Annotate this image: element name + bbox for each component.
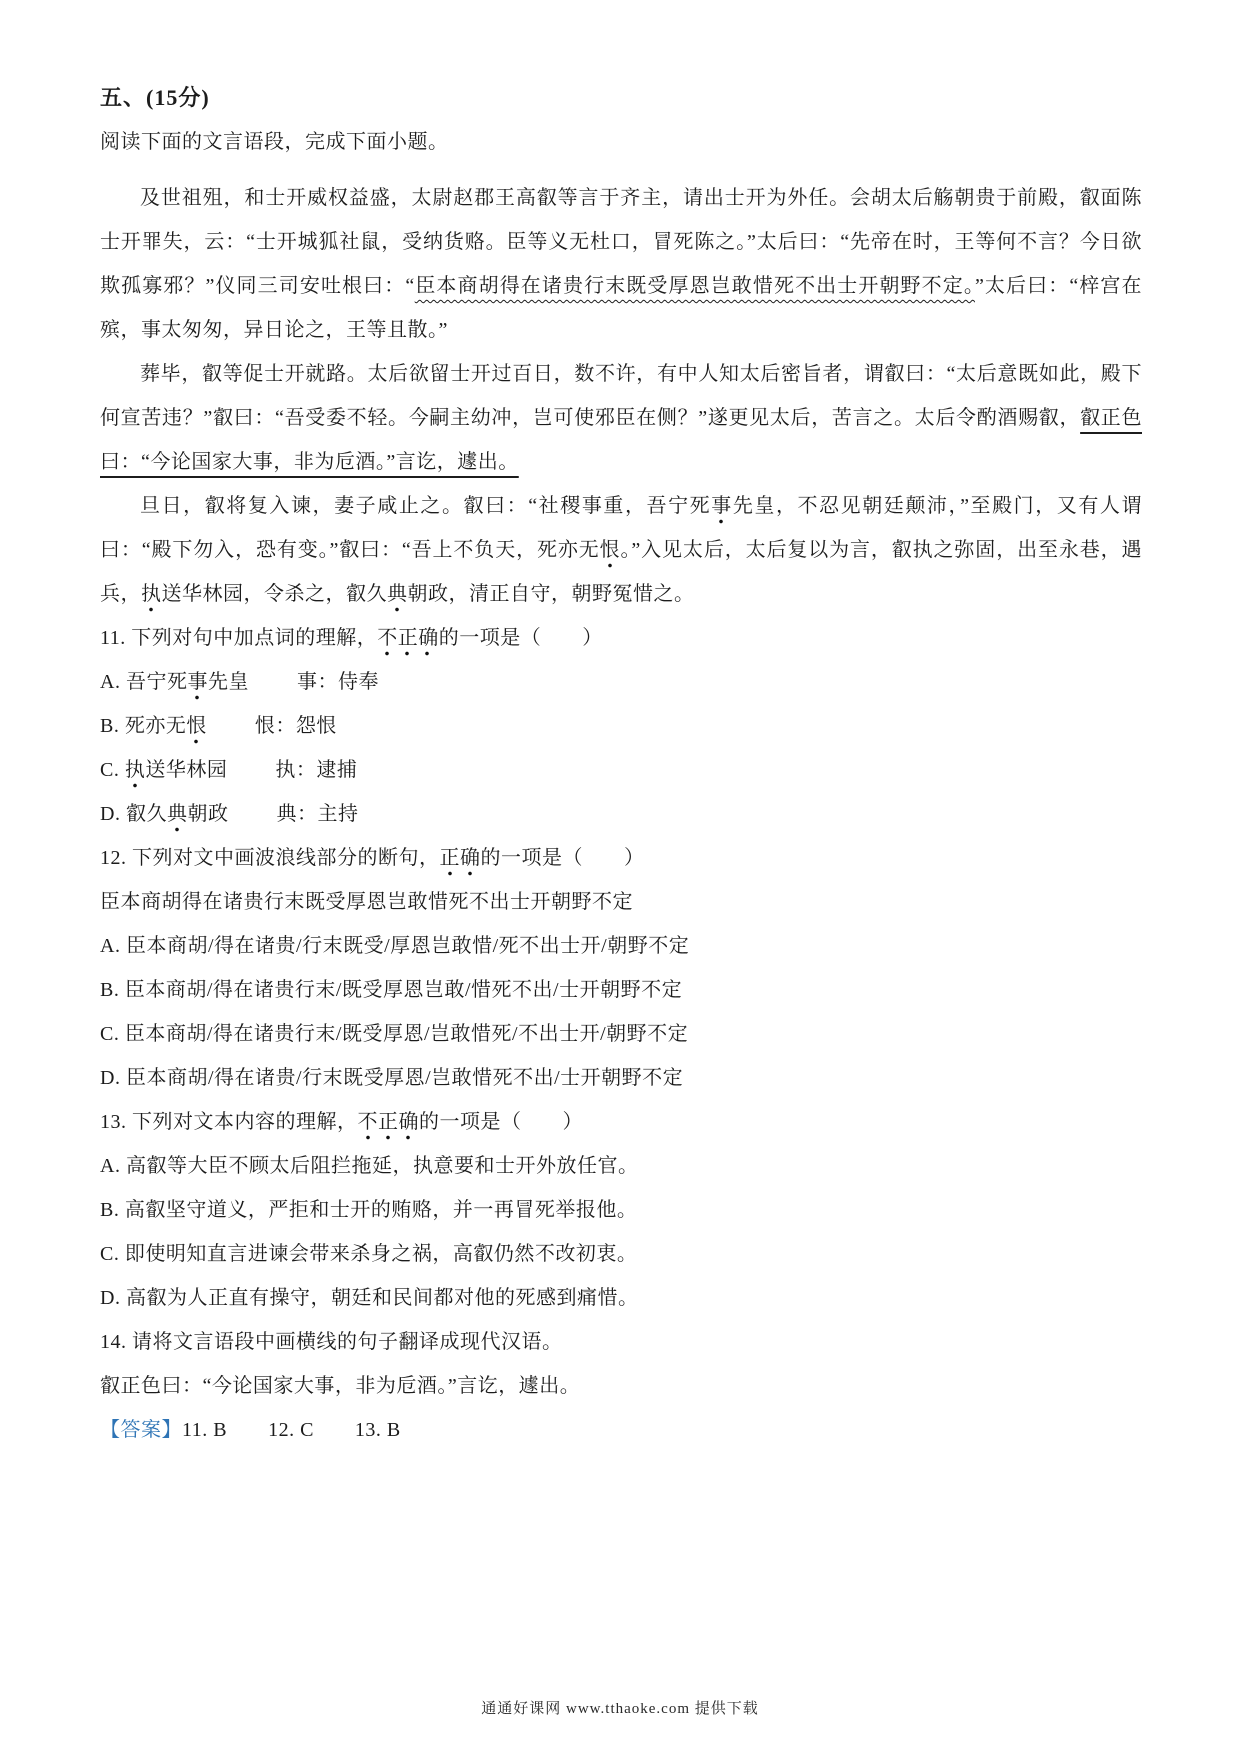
p3-text-5: 朝政，清正自守，朝野冤惜之。 <box>408 583 695 605</box>
q13-option-d-text: 高叡为人正直有操守，朝廷和民间都对他的死感到痛惜。 <box>126 1287 639 1309</box>
p3-dotted-word-zhi: 执 <box>141 583 162 612</box>
q12-option-c: C. 臣本商胡/得在诸贵行末/既受厚恩/岂敢惜死/不出士开/朝野不定 <box>100 1012 1142 1056</box>
p1-wavy-underlined-text: 臣本商胡得在诸贵行末既受厚恩岂敢惜死不出士开朝野不定。 <box>415 275 975 297</box>
q11-option-c-label: C. <box>100 759 125 781</box>
q12-stem-post: 的一项是（ ） <box>481 847 645 869</box>
q13-option-a-text: 高叡等大臣不顾太后阻拦拖延，执意要和士开外放任官。 <box>126 1155 639 1177</box>
q12-option-a: A. 臣本商胡/得在诸贵/行末既受/厚恩岂敢惜/死不出士开/朝野不定 <box>100 924 1142 968</box>
q11-option-a-phrase-post: 先皇 <box>208 671 249 693</box>
q11-option-b-label: B. <box>100 715 125 737</box>
passage-paragraph-2: 葬毕，叡等促士开就路。太后欲留士开过百日，数不许，有中人知太后密旨者，谓叡曰：“… <box>100 352 1142 484</box>
q12-option-c-text: 臣本商胡/得在诸贵行末/既受厚恩/岂敢惜死/不出士开/朝野不定 <box>125 1023 688 1045</box>
q12-quoted-sentence: 臣本商胡得在诸贵行末既受厚恩岂敢惜死不出士开朝野不定 <box>100 880 1142 924</box>
answer-label: 【答案】 <box>100 1419 182 1441</box>
q13-option-c: C. 即使明知直言进谏会带来杀身之祸，高叡仍然不改初衷。 <box>100 1232 1142 1276</box>
q12-option-a-text: 臣本商胡/得在诸贵/行末既受/厚恩岂敢惜/死不出士开/朝野不定 <box>126 935 689 957</box>
q13-option-a-label: A. <box>100 1155 126 1177</box>
q12-stem-pre: 12. 下列对文中画波浪线部分的断句， <box>100 847 440 869</box>
q13-option-b-label: B. <box>100 1199 125 1221</box>
answer-values: 11. B 12. C 13. B <box>182 1419 401 1441</box>
q12-option-b-text: 臣本商胡/得在诸贵行末/既受厚恩岂敢/惜死不出/士开朝野不定 <box>125 979 682 1001</box>
q12-option-d-text: 臣本商胡/得在诸贵/行末既受厚恩/岂敢惜死不出/士开朝野不定 <box>126 1067 683 1089</box>
p2-text-pre: 葬毕，叡等促士开就路。太后欲留士开过百日，数不许，有中人知太后密旨者，谓叡曰：“… <box>100 363 1142 429</box>
q13-option-b-text: 高叡坚守道义，严拒和士开的贿赂，并一再冒死举报他。 <box>125 1199 638 1221</box>
q11-option-a-phrase-pre: 吾宁死 <box>126 671 188 693</box>
q11-stem-post: 的一项是（ ） <box>439 627 603 649</box>
passage-instruction: 阅读下面的文言语段，完成下面小题。 <box>100 120 1142 164</box>
question-12-stem: 12. 下列对文中画波浪线部分的断句，正确的一项是（ ） <box>100 836 1142 880</box>
q11-option-a-label: A. <box>100 671 126 693</box>
section-title: 五、(15分) <box>100 76 1142 120</box>
q11-stem-emphasized: 不正确 <box>377 627 439 656</box>
q11-option-b-gloss: 恨：怨恨 <box>255 715 337 737</box>
q13-stem-pre: 13. 下列对文本内容的理解， <box>100 1111 358 1133</box>
q12-option-b-label: B. <box>100 979 125 1001</box>
page-footer: 通通好课网 www.tthaoke.com 提供下载 <box>0 1697 1240 1718</box>
q11-option-c-gloss: 执：逮捕 <box>275 759 357 781</box>
q13-option-a: A. 高叡等大臣不顾太后阻拦拖延，执意要和士开外放任官。 <box>100 1144 1142 1188</box>
q11-option-b-dotted: 恨 <box>186 715 207 744</box>
q11-stem-pre: 11. 下列对句中加点词的理解， <box>100 627 377 649</box>
q12-stem-emphasized: 正确 <box>440 847 481 876</box>
q11-option-a: A. 吾宁死事先皇事：侍奉 <box>100 660 1142 704</box>
q11-option-b: B. 死亦无恨恨：怨恨 <box>100 704 1142 748</box>
q11-option-d-dotted: 典 <box>167 803 188 832</box>
q14-sentence-to-translate: 叡正色曰：“今论国家大事，非为卮酒。”言讫，遽出。 <box>100 1364 1142 1408</box>
q13-option-c-text: 即使明知直言进谏会带来杀身之祸，高叡仍然不改初衷。 <box>125 1243 638 1265</box>
question-11-stem: 11. 下列对句中加点词的理解，不正确的一项是（ ） <box>100 616 1142 660</box>
question-14-stem: 14. 请将文言语段中画横线的句子翻译成现代汉语。 <box>100 1320 1142 1364</box>
p3-dotted-word-shi: 事 <box>711 495 733 524</box>
q13-option-d: D. 高叡为人正直有操守，朝廷和民间都对他的死感到痛惜。 <box>100 1276 1142 1320</box>
passage-paragraph-1: 及世祖殂，和士开威权益盛，太尉赵郡王高叡等言于齐主，请出士开为外任。会胡太后觞朝… <box>100 176 1142 352</box>
q11-option-c-phrase-post: 送华林园 <box>145 759 227 781</box>
q11-option-c: C. 执送华林园执：逮捕 <box>100 748 1142 792</box>
q13-option-c-label: C. <box>100 1243 125 1265</box>
q11-option-c-dotted: 执 <box>125 759 146 788</box>
q12-option-c-label: C. <box>100 1023 125 1045</box>
q11-option-d-gloss: 典：主持 <box>276 803 358 825</box>
p3-text-1: 旦日，叡将复入谏，妻子咸止之。叡曰：“社稷事重，吾宁死 <box>140 495 711 517</box>
p3-dotted-word-hen: 恨 <box>600 539 621 568</box>
exam-content: 五、(15分) 阅读下面的文言语段，完成下面小题。 及世祖殂，和士开威权益盛，太… <box>100 76 1142 1452</box>
q13-stem-emphasized: 不正确 <box>358 1111 420 1140</box>
question-13-stem: 13. 下列对文本内容的理解，不正确的一项是（ ） <box>100 1100 1142 1144</box>
q11-option-d-label: D. <box>100 803 126 825</box>
p3-dotted-word-dian: 典 <box>387 583 408 612</box>
p3-text-4: 送华林园，令杀之，叡久 <box>162 583 388 605</box>
q13-option-d-label: D. <box>100 1287 126 1309</box>
q11-option-d: D. 叡久典朝政典：主持 <box>100 792 1142 836</box>
q13-stem-post: 的一项是（ ） <box>419 1111 583 1133</box>
q13-option-b: B. 高叡坚守道义，严拒和士开的贿赂，并一再冒死举报他。 <box>100 1188 1142 1232</box>
exam-page: 五、(15分) 阅读下面的文言语段，完成下面小题。 及世祖殂，和士开威权益盛，太… <box>0 0 1240 1754</box>
answer-line: 【答案】11. B 12. C 13. B <box>100 1408 1142 1452</box>
passage-paragraph-3: 旦日，叡将复入谏，妻子咸止之。叡曰：“社稷事重，吾宁死事先皇，不忍见朝廷颠沛，”… <box>100 484 1142 616</box>
q11-option-d-phrase-pre: 叡久 <box>126 803 167 825</box>
q12-option-b: B. 臣本商胡/得在诸贵行末/既受厚恩岂敢/惜死不出/士开朝野不定 <box>100 968 1142 1012</box>
q12-option-d: D. 臣本商胡/得在诸贵/行末既受厚恩/岂敢惜死不出/士开朝野不定 <box>100 1056 1142 1100</box>
q12-option-a-label: A. <box>100 935 126 957</box>
q11-option-a-dotted: 事 <box>187 671 208 700</box>
q11-option-b-phrase-pre: 死亦无 <box>125 715 187 737</box>
q11-option-d-phrase-post: 朝政 <box>187 803 228 825</box>
q11-option-a-gloss: 事：侍奉 <box>297 671 379 693</box>
q12-option-d-label: D. <box>100 1067 126 1089</box>
